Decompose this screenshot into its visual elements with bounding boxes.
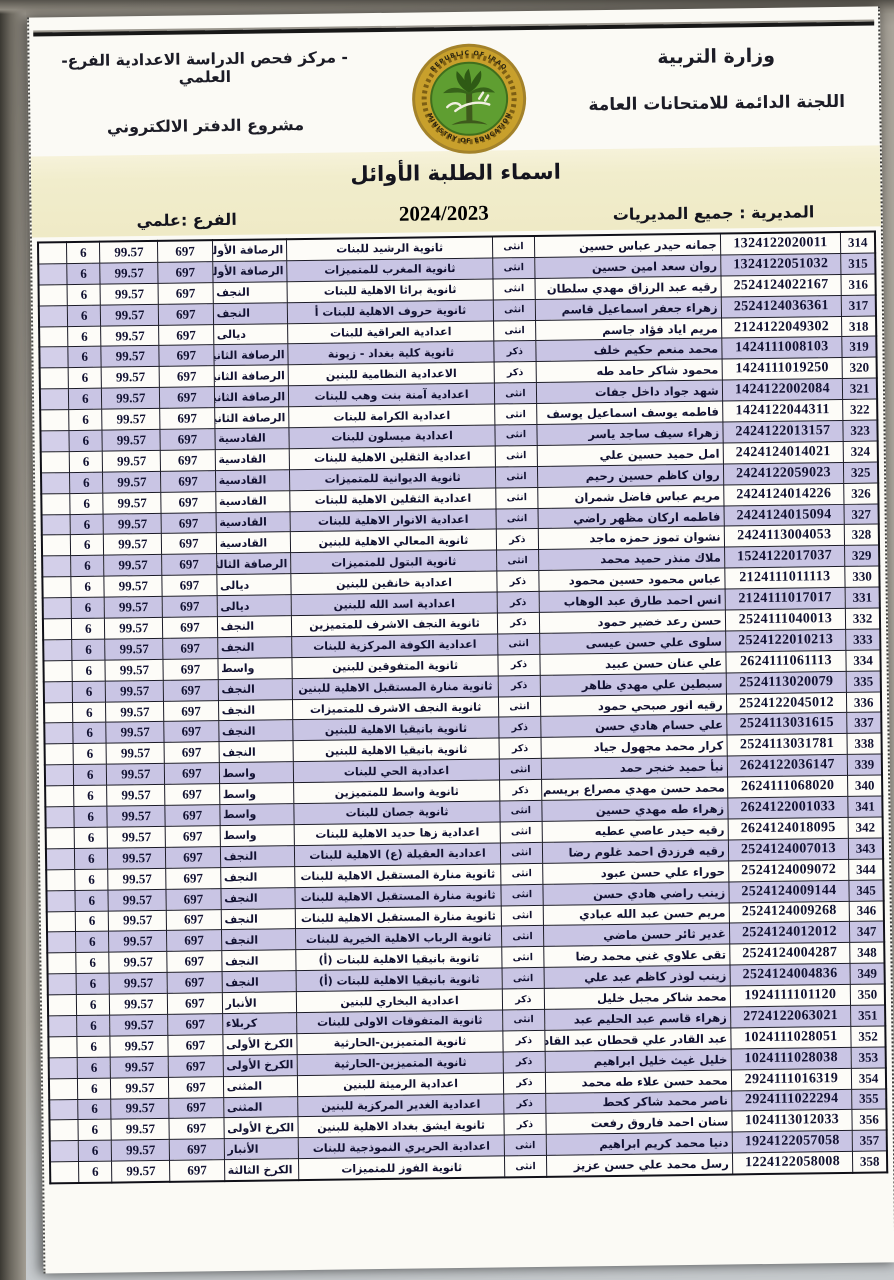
cell-gender: انثى (501, 905, 543, 926)
cell-average: 99.57 (107, 743, 165, 765)
cell-directorate: الكرخ الأولى (222, 1033, 297, 1055)
cell-school: ثانوية بانيقيا الاهلية للبنات (أ) (296, 947, 502, 971)
cell-average: 99.57 (105, 659, 163, 681)
blank-cell (48, 974, 77, 995)
cell-subjects: 6 (73, 702, 107, 723)
cell-total: 697 (167, 951, 222, 973)
cell-name: مريم حسن عبد الله عبادي (543, 902, 729, 925)
cell-subjects: 6 (75, 869, 109, 890)
cell-name: سنان احمد فاروق رفعت (546, 1111, 732, 1134)
school-year-label: 2024/2023 (325, 200, 562, 228)
cell-total: 697 (165, 805, 220, 827)
cell-average: 99.57 (107, 805, 165, 827)
cell-school: اعدادية ميسلون للبنات (289, 425, 495, 449)
cell-subjects: 6 (71, 597, 105, 618)
cell-no: 315 (841, 253, 876, 274)
cell-directorate: الأنبار (224, 1138, 299, 1160)
cell-gender: انثى (501, 884, 543, 905)
cell-gender: انثى (497, 550, 539, 571)
cell-subjects: 6 (72, 639, 106, 660)
cell-gender: انثى (501, 863, 543, 884)
cell-no: 356 (852, 1109, 887, 1130)
cell-exam: 2424122059023 (723, 462, 844, 484)
cell-no: 352 (851, 1026, 886, 1047)
cell-school: ثانوية حروف الاهلية للبنات أ (287, 300, 493, 324)
cell-average: 99.57 (108, 868, 166, 890)
cell-gender: انثى (504, 1135, 546, 1156)
cell-average: 99.57 (106, 722, 164, 744)
cell-no: 354 (852, 1068, 887, 1089)
cell-school: اعدادية الرميثة للبنين (297, 1073, 503, 1097)
cell-gender: ذكر (500, 780, 542, 801)
cell-subjects: 6 (68, 367, 102, 388)
cell-exam: 2524113031615 (726, 713, 847, 735)
cell-school: اعدادية الغدير المركزية للبنين (298, 1093, 504, 1117)
cell-no: 351 (851, 1005, 886, 1026)
blank-cell (42, 577, 71, 598)
cell-directorate: النجف (213, 302, 288, 324)
cell-subjects: 6 (74, 827, 108, 848)
cell-school: ثانوية النجف الاشرف للمتميزات (293, 697, 499, 721)
cell-no: 338 (847, 733, 882, 754)
cell-gender: ذكر (504, 1093, 546, 1114)
cell-name: حوراء علي حسن عبود (542, 861, 728, 884)
cell-average: 99.57 (105, 597, 163, 619)
cell-total: 697 (163, 658, 218, 680)
header-center-block: - مركز فحص الدراسة الاعدادية الفرع- العل… (39, 42, 370, 137)
cell-exam: 2924111016319 (731, 1068, 852, 1090)
cell-subjects: 6 (74, 806, 108, 827)
cell-total: 697 (161, 470, 216, 492)
cell-directorate: النجف (221, 887, 296, 909)
cell-total: 697 (165, 784, 220, 806)
cell-total: 697 (161, 512, 216, 534)
blank-cell (40, 410, 69, 431)
cell-gender: انثى (495, 445, 537, 466)
cell-exam: 2524122010213 (725, 629, 846, 651)
cell-total: 697 (169, 1118, 224, 1140)
cell-total: 697 (158, 262, 213, 284)
cell-no: 357 (852, 1130, 887, 1151)
cell-school: ثانوية بانيقيا الاهلية للبنات (أ) (296, 968, 502, 992)
cell-no: 337 (847, 712, 882, 733)
scan-edge-shadow-left (0, 0, 26, 1280)
cell-subjects: 6 (69, 472, 103, 493)
cell-name: رقيه انور صبحي حمود (540, 694, 726, 717)
cell-subjects: 6 (67, 263, 101, 284)
cell-exam: 2424124015094 (724, 504, 845, 526)
cell-name: زهراء جعفر اسماعيل قاسم (535, 297, 721, 320)
cell-subjects: 6 (75, 911, 109, 932)
cell-directorate: الرصافة الأولى (212, 239, 287, 261)
cell-total: 697 (167, 972, 222, 994)
cell-total: 697 (164, 721, 219, 743)
directorate-label: المديرية : جميع المديريات (562, 202, 865, 225)
cell-average: 99.57 (106, 680, 164, 702)
cell-subjects: 6 (70, 535, 104, 556)
cell-exam: 2524124036361 (721, 295, 842, 317)
cell-name: عبد القادر علي قحطان عبد القادر (545, 1028, 731, 1051)
cell-no: 320 (842, 357, 877, 378)
cell-exam: 2624111061113 (726, 650, 847, 672)
cell-subjects: 6 (77, 1078, 111, 1099)
cell-name: محمد حسن مهدي مصراع بريسم (541, 777, 727, 800)
cell-exam: 1324122051032 (720, 253, 841, 275)
committee-title: اللجنة الدائمة للامتحانات العامة (568, 92, 865, 116)
cell-exam: 2724122063021 (730, 1005, 851, 1027)
cell-name: خليل غيث خليل ابراهيم (545, 1049, 731, 1072)
cell-total: 697 (160, 429, 215, 451)
cell-exam: 1424111019250 (722, 358, 843, 380)
cell-total: 697 (159, 345, 214, 367)
cell-school: اعدادية العقيلة (ع) الاهلية للبنات (294, 843, 500, 867)
cell-subjects: 6 (67, 284, 101, 305)
cell-gender: ذكر (497, 612, 539, 633)
cell-exam: 1424122002084 (722, 379, 843, 401)
cell-gender: انثى (493, 278, 535, 299)
cell-school: ثانوية منارة المستقبل الاهلية للبنين (292, 676, 498, 700)
cell-no: 319 (842, 336, 877, 357)
cell-gender: انثى (496, 487, 538, 508)
blank-cell (49, 1099, 78, 1120)
top-students-table: 3141324122020011جمانه حيدر عباس حسينانثى… (37, 230, 888, 1184)
cell-name: زينب لوذر كاظم عبد علي (544, 965, 730, 988)
cell-name: مريم اياد فؤاد جاسم (535, 318, 721, 341)
cell-no: 347 (850, 921, 885, 942)
cell-school: اعدادية آمنة بنت وهب للبنات (288, 383, 494, 407)
project-title: مشروع الدفتر الالكتروني (40, 114, 370, 137)
cell-exam: 2624111068020 (727, 776, 848, 798)
cell-total: 697 (166, 909, 221, 931)
cell-school: اعدادية الحريري النموذجية للبنات (298, 1135, 504, 1159)
cell-directorate: النجف (217, 616, 292, 638)
cell-name: دنيا محمد كريم ابراهيم (546, 1132, 732, 1155)
cell-gender: انثى (496, 508, 538, 529)
cell-name: فاطمه يوسف اسماعيل يوسف (536, 401, 722, 424)
cell-subjects: 6 (69, 430, 103, 451)
cell-subjects: 6 (77, 1036, 111, 1057)
cell-gender: ذكر (496, 529, 538, 550)
cell-total: 697 (165, 763, 220, 785)
cell-name: محمد منعم حكيم خلف (536, 338, 722, 361)
cell-no: 353 (851, 1047, 886, 1068)
blank-cell (46, 827, 75, 848)
cell-average: 99.57 (103, 450, 161, 472)
cell-total: 697 (162, 575, 217, 597)
cell-total: 697 (168, 993, 223, 1015)
cell-total: 697 (162, 533, 217, 555)
cell-directorate: الكرخ الأولى (223, 1054, 298, 1076)
cell-directorate: النجف (213, 281, 288, 303)
document-paper: وزارة التربية اللجنة الدائمة للامتحانات … (27, 6, 894, 1273)
cell-total: 697 (162, 554, 217, 576)
blank-cell (46, 848, 75, 869)
page-title: اسماء الطلبة الأوائل (41, 156, 870, 191)
cell-directorate: كربلاء (222, 1013, 297, 1035)
cell-total: 697 (168, 1014, 223, 1036)
cell-no: 330 (845, 566, 880, 587)
header-ministry-block: وزارة التربية اللجنة الدائمة للامتحانات … (567, 36, 865, 116)
cell-exam: 2524124004836 (730, 964, 851, 986)
cell-exam: 2624122036147 (727, 755, 848, 777)
cell-average: 99.57 (103, 471, 161, 493)
cell-directorate: المثنى (223, 1075, 298, 1097)
cell-no: 317 (841, 295, 876, 316)
cell-subjects: 6 (75, 890, 109, 911)
cell-total: 697 (159, 324, 214, 346)
blank-cell (45, 744, 74, 765)
cell-school: ثانوية كلية بغداد - زيونة (288, 341, 494, 365)
cell-school: ثانوية المتميزين-الحارثية (297, 1052, 503, 1076)
cell-school: ثانوية جصان للبنات (294, 801, 500, 825)
cell-total: 697 (166, 888, 221, 910)
cell-exam: 1924122057058 (732, 1131, 853, 1153)
cell-no: 314 (841, 232, 876, 254)
cell-exam: 2524124012012 (729, 922, 850, 944)
cell-subjects: 6 (71, 555, 105, 576)
cell-no: 335 (846, 671, 881, 692)
blank-cell (45, 765, 74, 786)
cell-total: 697 (166, 846, 221, 868)
cell-directorate: النجف (221, 908, 296, 930)
cell-directorate: القادسية (215, 490, 290, 512)
cell-gender: ذكر (499, 738, 541, 759)
cell-subjects: 6 (70, 493, 104, 514)
blank-cell (39, 284, 68, 305)
cell-total: 697 (164, 742, 219, 764)
cell-name: انس احمد طارق عبد الوهاب (539, 589, 725, 612)
cell-subjects: 6 (70, 514, 104, 535)
cell-average: 99.57 (104, 555, 162, 577)
cell-directorate: ديالى (217, 595, 292, 617)
cell-name: نشوان تموز حمزه ماجد (538, 526, 724, 549)
cell-average: 99.57 (111, 1119, 169, 1141)
ministry-of-education-emblem-icon: REPUBLIC OF IRAQ MINISTRY OF EDUCATION (408, 40, 530, 158)
cell-average: 99.57 (101, 346, 159, 368)
cell-no: 345 (849, 880, 884, 901)
cell-directorate: النجف (218, 720, 293, 742)
cell-school: ثانوية المتميزين-الحارثية (297, 1031, 503, 1055)
cell-no: 333 (846, 629, 881, 650)
cell-no: 355 (852, 1088, 887, 1109)
cell-school: اعدادية البخاري للبنين (296, 989, 502, 1013)
cell-total: 697 (159, 366, 214, 388)
cell-directorate: الرصافة الثانية (213, 344, 288, 366)
cell-no: 325 (844, 462, 879, 483)
cell-name: سبطين علي مهدي ظاهر (540, 673, 726, 696)
blank-cell (47, 932, 76, 953)
blank-cell (43, 660, 72, 681)
report-meta-row: المديرية : جميع المديريات 2024/2023 الفر… (42, 196, 871, 232)
cell-exam: 1024113012033 (732, 1110, 853, 1132)
cell-name: حسن رعد خضير حمود (539, 610, 725, 633)
cell-exam: 1424122044311 (722, 400, 843, 422)
cell-average: 99.57 (111, 1098, 169, 1120)
cell-directorate: الرصافة الثانية (214, 365, 289, 387)
cell-total: 697 (169, 1139, 224, 1161)
cell-no: 327 (844, 504, 879, 525)
cell-average: 99.57 (108, 826, 166, 848)
cell-directorate: الأنبار (222, 992, 297, 1014)
cell-exam: 1024111028038 (731, 1047, 852, 1069)
cell-gender: ذكر (503, 1030, 545, 1051)
cell-name: تقى علاوي غني محمد رضا (544, 944, 730, 967)
cell-name: رقيه فرزدق احمد غلوم رضا (542, 840, 728, 863)
cell-name: زهراء سيف ساجد ياسر (537, 422, 723, 445)
cell-average: 99.57 (110, 993, 168, 1015)
cell-total: 697 (166, 867, 221, 889)
cell-directorate: واسط (219, 804, 294, 826)
cell-exam: 1324122020011 (720, 232, 841, 255)
blank-cell (50, 1162, 79, 1184)
cell-gender: انثى (498, 633, 540, 654)
cell-school: اعدادية الانوار الاهلية للبنات (290, 509, 496, 533)
cell-school: اعدادية خانقين للبنين (291, 571, 497, 595)
cell-gender: انثى (504, 1156, 546, 1178)
title-band: اسماء الطلبة الأوائل المديرية : جميع الم… (31, 145, 881, 237)
cell-school: اعدادية العراقية للبنات (288, 321, 494, 345)
blank-cell (40, 368, 69, 389)
blank-cell (39, 347, 68, 368)
scanned-document-photo: { "header": { "ministry": "وزارة التربية… (0, 0, 894, 1280)
cell-no: 316 (841, 274, 876, 295)
cell-exam: 2124111017017 (725, 588, 846, 610)
cell-school: اعدادية اسد الله للبنين (291, 592, 497, 616)
blank-cell (39, 326, 68, 347)
blank-cell (42, 514, 71, 535)
cell-gender: انثى (494, 383, 536, 404)
cell-school: اعدادية الثقلين الاهلية للبنات (289, 446, 495, 470)
cell-average: 99.57 (108, 847, 166, 869)
cell-directorate: النجف (221, 929, 296, 951)
cell-no: 358 (853, 1151, 888, 1173)
cell-directorate: القادسية (216, 511, 291, 533)
cell-total: 697 (164, 700, 219, 722)
cell-school: ثانوية بانيقيا الاهلية للبنين (293, 738, 499, 762)
cell-average: 99.57 (108, 889, 166, 911)
blank-cell (49, 1078, 78, 1099)
blank-cell (39, 305, 68, 326)
blank-cell (41, 493, 70, 514)
cell-no: 332 (846, 608, 881, 629)
cell-no: 326 (844, 483, 879, 504)
cell-total: 697 (167, 930, 222, 952)
cell-average: 99.57 (102, 388, 160, 410)
cell-gender: ذكر (503, 1051, 545, 1072)
cell-gender: انثى (492, 236, 534, 258)
blank-cell (42, 556, 71, 577)
blank-cell (45, 807, 74, 828)
cell-subjects: 6 (76, 973, 110, 994)
cell-gender: انثى (494, 320, 536, 341)
cell-no: 340 (848, 775, 883, 796)
cell-directorate: القادسية (215, 469, 290, 491)
cell-gender: ذكر (497, 592, 539, 613)
cell-directorate: النجف (218, 678, 293, 700)
blank-cell (49, 1057, 78, 1078)
cell-directorate: النجف (219, 741, 294, 763)
cell-gender: انثى (493, 257, 535, 278)
cell-directorate: النجف (218, 699, 293, 721)
cell-name: عباس محمود حسين محمود (539, 568, 725, 591)
blank-cell (38, 242, 67, 264)
cell-exam: 2524113020079 (726, 671, 847, 693)
cell-subjects: 6 (67, 305, 101, 326)
cell-gender: انثى (493, 299, 535, 320)
ministry-title: وزارة التربية (567, 44, 864, 70)
cell-school: اعدادية زها حديد الاهلية للبنات (294, 822, 500, 846)
cell-exam: 2424124014226 (723, 483, 844, 505)
cell-school: ثانوية البتول للمتميزات (291, 550, 497, 574)
cell-school: اعدادية الثقلين الاهلية للبنات (290, 488, 496, 512)
cell-no: 342 (848, 817, 883, 838)
cell-average: 99.57 (100, 241, 158, 263)
cell-total: 697 (158, 282, 213, 304)
cell-no: 344 (849, 859, 884, 880)
cell-average: 99.57 (104, 513, 162, 535)
cell-total: 697 (169, 1097, 224, 1119)
cell-total: 697 (160, 387, 215, 409)
blank-cell (50, 1141, 79, 1162)
cell-school: ثانوية المغرب للمتميزات (287, 258, 493, 282)
blank-cell (48, 1036, 77, 1057)
cell-subjects: 6 (73, 764, 107, 785)
cell-school: اعدادية الكوفة المركزية للبنات (292, 634, 498, 658)
cell-exam: 2924111022294 (731, 1089, 852, 1111)
cell-gender: ذكر (498, 675, 540, 696)
cell-exam: 2624122001033 (727, 796, 848, 818)
cell-subjects: 6 (71, 576, 105, 597)
cell-gender: انثى (502, 947, 544, 968)
cell-no: 324 (843, 441, 878, 462)
cell-exam: 2524124009144 (729, 880, 850, 902)
blank-cell (43, 639, 72, 660)
cell-name: محمد شاكر مجبل خليل (544, 986, 730, 1009)
cell-directorate: الكرخ الثالثة (224, 1159, 299, 1181)
cell-directorate: الرصافة الثالثة (216, 553, 291, 575)
cell-name: رقيه حيدر عاصي عطيه (542, 819, 728, 842)
cell-no: 349 (850, 963, 885, 984)
cell-total: 697 (160, 450, 215, 472)
cell-school: ثانوية منارة المستقبل الاهلية للبنات (295, 905, 501, 929)
cell-directorate: النجف (220, 845, 295, 867)
cell-average: 99.57 (102, 367, 160, 389)
cell-directorate: واسط (219, 762, 294, 784)
cell-total: 697 (163, 617, 218, 639)
cell-school: الاعدادية النظامية للبنين (288, 362, 494, 386)
cell-gender: انثى (502, 968, 544, 989)
blank-cell (49, 1120, 78, 1141)
cell-gender: انثى (495, 404, 537, 425)
cell-gender: انثى (500, 842, 542, 863)
blank-cell (46, 869, 75, 890)
cell-subjects: 6 (76, 994, 110, 1015)
cell-exam: 2524124009268 (729, 901, 850, 923)
cell-exam: 2524124004287 (729, 943, 850, 965)
cell-school: ثانوية المتفوقات الاولى للبنات (297, 1010, 503, 1034)
cell-subjects: 6 (72, 681, 106, 702)
cell-subjects: 6 (72, 660, 106, 681)
cell-directorate: الرصافة الثانية (214, 386, 289, 408)
cell-exam: 2524122045012 (726, 692, 847, 714)
cell-name: محمود شاكر حامد طه (536, 359, 722, 382)
cell-name: امل حميد حسين علي (537, 443, 723, 466)
cell-name: جمانه حيدر عباس حسين (534, 234, 720, 258)
branch-label: الفرع :علمي (48, 209, 326, 232)
cell-directorate: واسط (220, 825, 295, 847)
cell-average: 99.57 (104, 534, 162, 556)
cell-total: 697 (161, 491, 216, 513)
